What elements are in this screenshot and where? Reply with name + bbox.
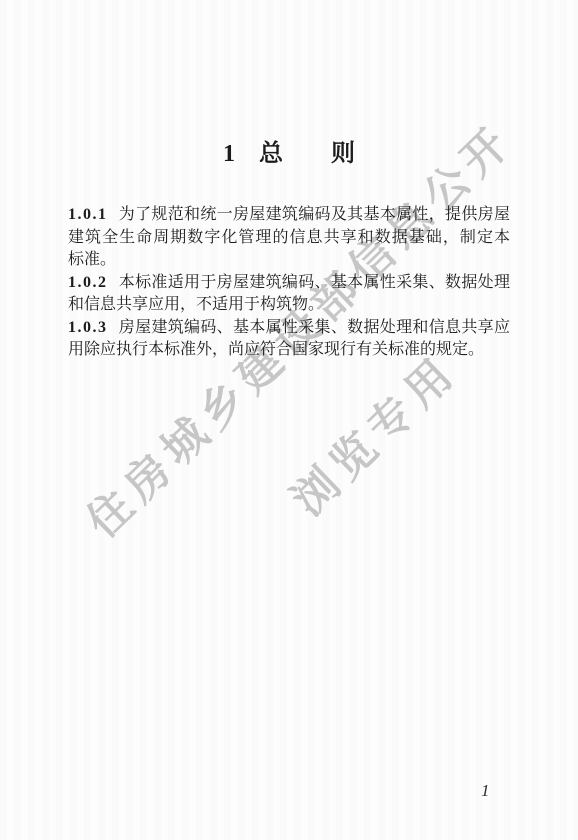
clause-text: 本标准适用于房屋建筑编码、基本属性采集、数据处理 [119,274,511,291]
clause-number: 1.0.3 [68,319,108,336]
clause-line: 标准。 [68,249,510,272]
clause-line: 1.0.3房屋建筑编码、基本属性采集、数据处理和信息共享应 [68,317,510,340]
clause-number: 1.0.2 [68,274,108,291]
clause-line: 1.0.2本标准适用于房屋建筑编码、基本属性采集、数据处理 [68,272,510,295]
clause-1-0-3: 1.0.3房屋建筑编码、基本属性采集、数据处理和信息共享应 用除应执行本标准外，… [68,317,510,362]
chapter-title: 1 总 则 [68,140,510,168]
document-page: 住房城乡建设部信息公开 浏览专用 1 总 则 1.0.1为了规范和统一房屋建筑编… [0,0,578,840]
clause-1-0-1: 1.0.1为了规范和统一房屋建筑编码及其基本属性，提供房屋 建筑全生命周期数字化… [68,204,510,272]
page-content: 1 总 则 1.0.1为了规范和统一房屋建筑编码及其基本属性，提供房屋 建筑全生… [68,140,510,362]
clause-number: 1.0.1 [68,206,108,223]
clause-text: 房屋建筑编码、基本属性采集、数据处理和信息共享应 [119,319,511,336]
clause-line: 用除应执行本标准外，尚应符合国家现行有关标准的规定。 [68,339,510,362]
clause-line: 建筑全生命周期数字化管理的信息共享和数据基础，制定本 [68,227,510,250]
watermark-line-2: 浏览专用 [286,348,466,524]
page-number: 1 [481,781,490,801]
clause-1-0-2: 1.0.2本标准适用于房屋建筑编码、基本属性采集、数据处理 和信息共享应用，不适… [68,272,510,317]
clause-line: 和信息共享应用，不适用于构筑物。 [68,294,510,317]
clause-text: 为了规范和统一房屋建筑编码及其基本属性，提供房屋 [119,206,511,223]
clause-line: 1.0.1为了规范和统一房屋建筑编码及其基本属性，提供房屋 [68,204,510,227]
